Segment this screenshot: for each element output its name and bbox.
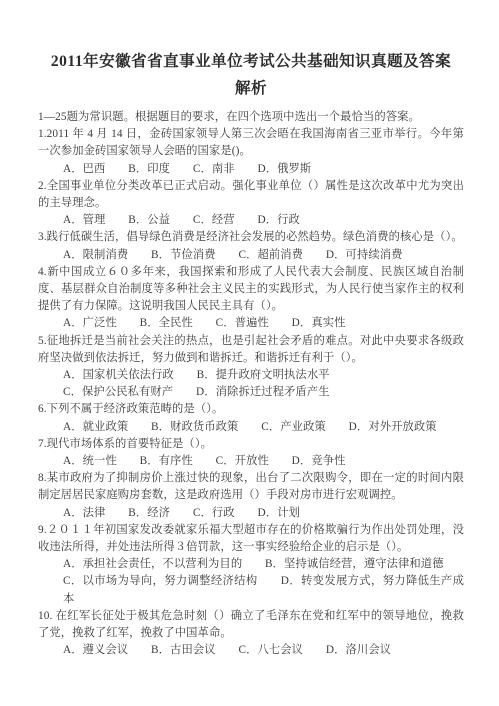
exam-title-line1: 2011年安徽省省直事业单位考试公共基础知识真题及答案: [38, 48, 464, 75]
exam-intro: 1—25题为常识题。根据题目的要求，在四个选项中选出一个最恰当的答案。: [38, 109, 464, 126]
options-row: A．限制消费 B．节俭消费 C．超前消费 D．可持续消费: [38, 247, 464, 264]
options-row: A．遵义会议 B．古田会议 C．八七会议 D．洛川会议: [38, 642, 464, 659]
question-stem: 4.新中国成立６０多年来，我国探索和形成了人民代表大会制度、民族区域自治制度、基…: [38, 264, 464, 316]
question-stem: 8.某市政府为了抑制房价上涨过快的现象，出台了二次限购令，即在一定的时间内限制定…: [38, 470, 464, 504]
options-row: A．巴西 B．印度 C．南非 D．俄罗斯: [38, 161, 464, 178]
question-10: 10. 在红军长征处于极其危急时刻（）确立了毛泽东在党和红军中的领导地位，挽救了…: [38, 608, 464, 660]
question-9: 9.２０１１年初国家发改委就家乐福大型超市存在的价格欺骗行为作出处罚处理，没收违…: [38, 522, 464, 608]
options-row: A．法律 B．经济 C．行政 D．计划: [38, 505, 464, 522]
options-row: A．管理 B．公益 C．经营 D．行政: [38, 212, 464, 229]
question-stem: 2.全国事业单位分类改革已正式启动。强化事业单位（）属性是这次改革中尤为突出的主…: [38, 178, 464, 212]
question-4: 4.新中国成立６０多年来，我国探索和形成了人民代表大会制度、民族区域自治制度、基…: [38, 264, 464, 333]
question-1: 1.2011 年 4 月 14 日，金砖国家领导人第三次会晤在我国海南省三亚市举…: [38, 126, 464, 178]
question-stem: 7.现代市场体系的首要特征是（）。: [38, 436, 464, 453]
question-5: 5.征地拆迁是当前社会关注的热点，也是引起社会矛盾的难点。对此中央要求各级政府坚…: [38, 333, 464, 402]
question-stem: 5.征地拆迁是当前社会关注的热点，也是引起社会矛盾的难点。对此中央要求各级政府坚…: [38, 333, 464, 367]
question-stem: 3.践行低碳生活，倡导绿色消费是经济社会发展的必然趋势。绿色消费的核心是（）。: [38, 229, 464, 246]
question-stem: 6.下列不属于经济政策范畴的是（）。: [38, 401, 464, 418]
question-8: 8.某市政府为了抑制房价上涨过快的现象，出台了二次限购令，即在一定的时间内限制定…: [38, 470, 464, 522]
exam-title: 2011年安徽省省直事业单位考试公共基础知识真题及答案 解析: [38, 48, 464, 102]
options-row: C．以市场为导向，努力调整经济结构 D．转变发展方式，努力降低生产成本: [38, 573, 464, 607]
options-row: C．保护公民私有财产 D．消除拆迁过程矛盾产生: [38, 384, 464, 401]
question-stem: 9.２０１１年初国家发改委就家乐福大型超市存在的价格欺骗行为作出处罚处理，没收违…: [38, 522, 464, 556]
options-row: A．承担社会责任，不以营利为目的 B．坚持诚信经营，遵守法律和道德: [38, 556, 464, 573]
question-7: 7.现代市场体系的首要特征是（）。 A．统一性 B．有序性 C．开放性 D．竞争…: [38, 436, 464, 470]
options-row: A．统一性 B．有序性 C．开放性 D．竞争性: [38, 453, 464, 470]
question-stem: 1.2011 年 4 月 14 日，金砖国家领导人第三次会晤在我国海南省三亚市举…: [38, 126, 464, 160]
exam-body: 1—25题为常识题。根据题目的要求，在四个选项中选出一个最恰当的答案。 1.20…: [38, 109, 464, 660]
question-3: 3.践行低碳生活，倡导绿色消费是经济社会发展的必然趋势。绿色消费的核心是（）。 …: [38, 229, 464, 263]
options-row: A．国家机关依法行政 B．提升政府文明执法水平: [38, 367, 464, 384]
question-stem: 10. 在红军长征处于极其危急时刻（）确立了毛泽东在党和红军中的领导地位，挽救了…: [38, 608, 464, 642]
document-page: 2011年安徽省省直事业单位考试公共基础知识真题及答案 解析 1—25题为常识题…: [0, 0, 499, 706]
question-6: 6.下列不属于经济政策范畴的是（）。 A．就业政策 B．财政货币政策 C．产业政…: [38, 401, 464, 435]
question-2: 2.全国事业单位分类改革已正式启动。强化事业单位（）属性是这次改革中尤为突出的主…: [38, 178, 464, 230]
options-row: A．就业政策 B．财政货币政策 C．产业政策 D．对外开放政策: [38, 419, 464, 436]
exam-title-line2: 解析: [38, 75, 464, 102]
options-row: A．广泛性 B．全民性 C．普遍性 D．真实性: [38, 315, 464, 332]
